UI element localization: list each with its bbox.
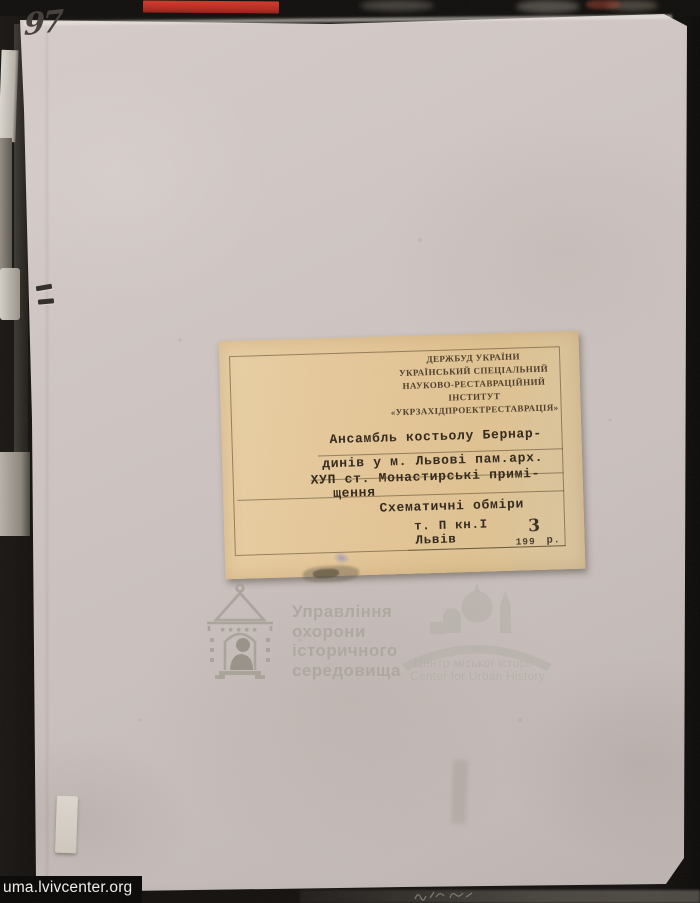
red-spine-tape <box>143 1 279 14</box>
paper-stack-edge <box>0 452 30 536</box>
table-glare <box>300 890 700 903</box>
pasted-institute-label: ДЕРЖБУД УКРАЇНИ УКРАЇНСЬКИЙ СПЕЦІАЛЬНИЙ … <box>219 331 586 580</box>
paper-stack-edge <box>0 138 12 288</box>
object-title-line: щення <box>333 485 376 501</box>
cover-crease <box>46 30 48 880</box>
label-volume: т. П кн.І <box>414 517 488 533</box>
red-tape-fragment <box>586 0 620 9</box>
label-institute-header: ДЕРЖБУД УКРАЇНИ УКРАЇНСЬКИЙ СПЕЦІАЛЬНИЙ … <box>373 349 575 420</box>
plastic-glare <box>516 0 580 13</box>
tape-fragment <box>55 796 78 854</box>
plastic-glare <box>360 0 434 11</box>
paper-stack-edge <box>0 50 19 143</box>
faint-streak <box>451 760 468 824</box>
handwritten-page-number: 97 <box>23 4 62 43</box>
label-year-prefix: 199 <box>515 536 535 548</box>
archive-url-watermark: uma.lvivcenter.org <box>3 879 132 897</box>
handwritten-number: 3 <box>528 516 541 536</box>
paper-stack-edge <box>0 268 20 320</box>
pencil-scribble <box>412 889 482 903</box>
label-year-suffix: р. <box>546 534 560 546</box>
label-city: Львів <box>415 532 456 547</box>
